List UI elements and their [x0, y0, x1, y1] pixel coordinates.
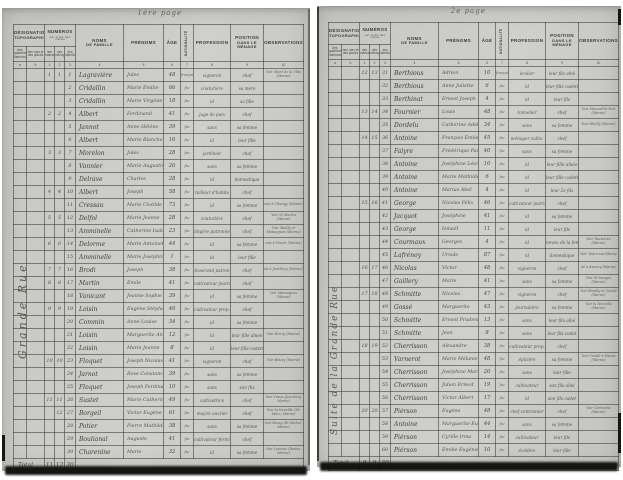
cell-observations: Voir Mailly et Matougues (Marne) — [264, 225, 304, 238]
col-header-profession: PROFESSION — [509, 23, 546, 60]
cell-age: 10 — [164, 381, 181, 394]
cell-numero-maison — [360, 158, 370, 171]
cell-numero-maison: 13 — [360, 106, 370, 119]
cell-position-menage: son fils — [231, 381, 264, 394]
cell-position-menage: leur fille — [231, 251, 264, 264]
cell-prenoms: Auguste — [124, 433, 164, 446]
cell-nationalite: fse — [181, 173, 194, 186]
cell-numero-individu: 11 — [65, 199, 76, 212]
cell-numero-menage: 1 — [55, 69, 65, 82]
cell-profession: id — [194, 134, 231, 147]
cell-numero-maison: 14 — [360, 132, 370, 145]
cell-position-menage: leur fille cadette — [231, 342, 264, 355]
cell-profession: tisserand patron — [194, 264, 231, 277]
cell-age: 41 — [164, 355, 181, 368]
cell-numero-menage — [370, 275, 380, 288]
cell-nom-de-famille: Cridallin — [76, 82, 124, 95]
cell-position-menage: sa femme — [231, 446, 264, 459]
cell-profession: id — [509, 223, 546, 236]
cell-numero-individu: 37 — [380, 145, 391, 158]
cell-rue — [342, 119, 360, 132]
cell-nationalite: fse — [496, 353, 509, 366]
cell-numero-menage — [370, 314, 380, 327]
cell-age: 34 — [479, 119, 496, 132]
cell-age: 47 — [479, 288, 496, 301]
cell-position-menage: chef — [231, 108, 264, 121]
cell-nom-de-famille: Charenine — [76, 446, 124, 459]
cell-nom-de-famille: Cherrisson — [391, 392, 439, 405]
cell-observations: née à Changy (Marne) — [264, 199, 304, 212]
cell-numero-maison: 11 — [45, 394, 55, 407]
cell-rue — [27, 121, 45, 134]
cell-quartier — [14, 394, 27, 407]
cell-age: 18 — [164, 95, 181, 108]
column-numbers-row: ab 12 34 56 78 910 — [329, 60, 619, 67]
cell-nationalite: fse — [496, 80, 509, 93]
cell-age: 48 — [479, 106, 496, 119]
cell-position-menage: chef — [231, 225, 264, 238]
cell-numero-maison — [360, 392, 370, 405]
cell-numero-menage: 5 — [55, 212, 65, 225]
subcol-individus: des individus — [65, 47, 76, 62]
subcol-menages: des ménages — [55, 47, 65, 62]
cell-prenoms: Ismaël — [439, 223, 479, 236]
cell-profession: sans — [509, 314, 546, 327]
census-table-sheet: DÉSIGNATIONTOPOGRAPHIQUE NUMÉROSpar ordr… — [13, 24, 303, 473]
cell-observations — [264, 433, 304, 446]
census-row: 37 Falyre Frédérique Pauline 40 fse sans… — [329, 145, 619, 158]
cell-numero-maison: 15 — [360, 197, 370, 210]
cell-numero-maison — [45, 316, 55, 329]
cell-numero-individu: 38 — [380, 158, 391, 171]
census-row: 21 Loisin Marguerite Anne 12 fse id leur… — [14, 329, 304, 342]
cell-nationalite: fse — [496, 93, 509, 106]
cell-observations: Voir Tours-sur-Marne — [579, 249, 619, 262]
cell-prenoms: Ernest Prudent — [439, 314, 479, 327]
census-row: 45 Lafrénoy Ursule 87 fse id domestique … — [329, 249, 619, 262]
cell-nationalite: fse — [496, 288, 509, 301]
census-row: 54 Cherrisson Joséphine Marie 20 fse san… — [329, 366, 619, 379]
cell-prenoms: Joseph Ferdinand Jean — [124, 381, 164, 394]
cell-observations: Voir Bouzy (Marne) — [264, 355, 304, 368]
cell-position-menage: sa femme — [231, 368, 264, 381]
cell-observations: Voir St-Martin (Marne) — [264, 212, 304, 225]
cell-age: 44 — [164, 238, 181, 251]
cell-position-menage: sa femme — [231, 316, 264, 329]
cell-age: 1 — [164, 251, 181, 264]
cell-age: 23 — [164, 225, 181, 238]
cell-nationalite: fse — [496, 106, 509, 119]
cell-profession: cultivateur prop. — [194, 303, 231, 316]
cell-quartier — [329, 106, 342, 119]
cell-nom-de-famille: Antoine — [391, 171, 439, 184]
cell-rue — [27, 186, 45, 199]
cell-prenoms: Cyrille Irma — [439, 431, 479, 444]
cell-profession: id — [194, 329, 231, 342]
cell-nationalite: fse — [181, 82, 194, 95]
census-rows-page-2: 12 13 31 Berthious Adrien 10 française é… — [329, 67, 619, 457]
census-row: 15 Amminelle Marie Joséphine 1 fse id le… — [14, 251, 304, 264]
cell-nom-de-famille: Antoine — [391, 158, 439, 171]
census-row: 11 Cressau Marie Clotilde 73 fse id sa f… — [14, 199, 304, 212]
cell-numero-maison — [360, 327, 370, 340]
cell-numero-menage: 20 — [370, 405, 380, 418]
cell-rue — [342, 158, 360, 171]
table-header: DÉSIGNATIONTOPOGRAPHIQUE NUMÉROSpar ordr… — [329, 23, 619, 67]
cell-age: 4 — [479, 236, 496, 249]
cell-rue — [27, 277, 45, 290]
cell-rue — [27, 368, 45, 381]
cell-nationalite: fse — [181, 134, 194, 147]
census-row: 22 Loisin Marie Jeanne 8 fse id leur fil… — [14, 342, 304, 355]
cell-age: 8 — [164, 342, 181, 355]
cell-prenoms: Marie Jeanne — [124, 342, 164, 355]
cell-age: 19 — [479, 379, 496, 392]
cell-nom-de-famille: Jannot — [76, 121, 124, 134]
cell-observations — [264, 173, 304, 186]
cell-prenoms: Adrien — [439, 67, 479, 80]
cell-rue — [342, 353, 360, 366]
cell-numero-maison — [45, 329, 55, 342]
cell-numero-individu: 15 — [65, 251, 76, 264]
census-row: 49 Gossé Marguerite 43 fse journalière s… — [329, 301, 619, 314]
census-row: 18 19 52 Cherrisson Alexandre 38 fse cul… — [329, 340, 619, 353]
cell-numero-maison — [360, 301, 370, 314]
cell-position-menage: leur fils aîné — [546, 67, 579, 80]
cell-rue — [342, 106, 360, 119]
cell-rue — [27, 134, 45, 147]
cell-nationalite: fse — [181, 368, 194, 381]
cell-numero-maison: 6 — [45, 238, 55, 251]
cell-numero-individu: 47 — [380, 275, 391, 288]
cell-numero-individu: 30 — [65, 446, 76, 459]
census-row: 13 Amminelle Catherine Isabelle 23 fse l… — [14, 225, 304, 238]
cell-nationalite: fse — [181, 147, 194, 160]
cell-numero-individu: 51 — [380, 327, 391, 340]
cell-nom-de-famille: Gaillery — [391, 275, 439, 288]
census-row: 3 Cridallin Marie Virginie 18 fse id sa … — [14, 95, 304, 108]
cell-nom-de-famille: Piérson — [391, 431, 439, 444]
cell-observations — [264, 121, 304, 134]
cell-numero-individu: 16 — [65, 264, 76, 277]
cell-nom-de-famille: Boulianal — [76, 433, 124, 446]
cell-nationalite: fse — [496, 275, 509, 288]
cell-rue — [342, 418, 360, 431]
cell-quartier — [329, 444, 342, 457]
cell-position-menage: leur fille cadette — [546, 80, 579, 93]
cell-numero-menage: 18 — [370, 288, 380, 301]
cell-numero-menage — [370, 80, 380, 93]
cell-nationalite: fse — [496, 236, 509, 249]
cell-rue — [27, 82, 45, 95]
cell-nationalite: fse — [181, 251, 194, 264]
census-row: 11 11 26 Sustet Marie Catherine 49 fse c… — [14, 394, 304, 407]
cell-prenoms: Nicolas Félix — [439, 197, 479, 210]
cell-profession: sans — [509, 366, 546, 379]
cell-nationalite: fse — [496, 366, 509, 379]
cell-numero-menage — [55, 368, 65, 381]
cell-profession: cultivateur journ. — [509, 197, 546, 210]
subcol-maisons: des maisons — [360, 45, 370, 60]
cell-profession: id — [509, 80, 546, 93]
cell-numero-maison — [45, 381, 55, 394]
cell-numero-menage — [55, 121, 65, 134]
cell-numero-menage — [370, 93, 380, 106]
cell-numero-menage — [55, 160, 65, 173]
cell-numero-menage — [370, 210, 380, 223]
census-row: 58 Antoine Marguerite Eugénie 44 fse san… — [329, 418, 619, 431]
cell-nationalite: fse — [181, 264, 194, 277]
cell-nationalite: fse — [496, 223, 509, 236]
census-row: 2 2 4 Albert Ferdinand 41 fse juge de pa… — [14, 108, 304, 121]
cell-rue — [27, 407, 45, 420]
cell-profession: jardinier — [194, 147, 231, 160]
cell-nationalite: française — [181, 69, 194, 82]
cell-nationalite: française — [496, 67, 509, 80]
cell-numero-individu: 58 — [380, 418, 391, 431]
census-row: 6 6 14 Delorme Marie Antoinette 44 fse i… — [14, 238, 304, 251]
census-row: 47 Gaillery Marie 41 fse sans sa femme V… — [329, 275, 619, 288]
col-header-noms: NOMSDE FAMILLE — [391, 23, 439, 60]
cell-numero-menage: 2 — [55, 108, 65, 121]
cell-observations — [579, 184, 619, 197]
cell-profession: lingère patronne — [194, 225, 231, 238]
cell-numero-menage — [370, 301, 380, 314]
cell-quartier — [14, 108, 27, 121]
cell-nationalite: fse — [496, 210, 509, 223]
cell-position-menage: chef — [546, 106, 579, 119]
cell-prenoms: François Émile — [439, 132, 479, 145]
cell-observations: Voir Condé-s-Marne (Marne) — [579, 353, 619, 366]
census-row: 1 1 1 Lagravière Jules 48 française vign… — [14, 69, 304, 82]
cell-profession: id — [194, 95, 231, 108]
cell-position-menage: sa femme — [546, 353, 579, 366]
cell-position-menage: leur fils aîné — [546, 314, 579, 327]
cell-age: 38 — [479, 340, 496, 353]
census-row: 12 13 31 Berthious Adrien 10 française é… — [329, 67, 619, 80]
cell-profession: couturière — [194, 212, 231, 225]
cell-numero-individu: 35 — [380, 119, 391, 132]
cell-numero-maison — [45, 121, 55, 134]
cell-prenoms: Victor Eugène — [124, 407, 164, 420]
cell-nationalite: fse — [496, 249, 509, 262]
cell-numero-individu: 2 — [65, 82, 76, 95]
cell-rue — [342, 275, 360, 288]
cell-nom-de-famille: Vanicant — [76, 290, 124, 303]
census-table-sheet: DÉSIGNATIONTOPOGRAPHIQUE NUMÉROSpar ordr… — [328, 22, 618, 471]
cell-rue — [342, 171, 360, 184]
cell-nom-de-famille: Albert — [76, 186, 124, 199]
cell-prenoms: Jules — [124, 147, 164, 160]
col-header-age: ÂGE — [164, 25, 181, 62]
cell-numero-menage — [55, 420, 65, 433]
subcol-maisons: des maisons — [45, 47, 55, 62]
cell-age: 38 — [164, 264, 181, 277]
cell-prenoms: Marie Virginie — [124, 95, 164, 108]
cell-rue — [27, 264, 45, 277]
cell-numero-maison — [45, 446, 55, 459]
cell-age: 26 — [164, 160, 181, 173]
cell-profession: sans — [194, 420, 231, 433]
cell-age: 4 — [479, 93, 496, 106]
cell-nom-de-famille: Jacquot — [391, 210, 439, 223]
cell-numero-individu: 7 — [65, 147, 76, 160]
cell-observations — [579, 67, 619, 80]
cell-prenoms: Jules — [124, 69, 164, 82]
cell-prenoms: Marie Jeanne — [124, 212, 164, 225]
cell-prenoms: Louis — [439, 106, 479, 119]
cell-observations: Voir Bouilly et Condé (Marne) — [579, 288, 619, 301]
cell-numero-maison — [45, 420, 55, 433]
cell-profession: id — [194, 173, 231, 186]
cell-observations — [579, 93, 619, 106]
cell-rue — [342, 210, 360, 223]
cell-numero-individu: 31 — [380, 67, 391, 80]
cell-observations: Voir Écury (Marne) — [264, 329, 304, 342]
cell-prenoms: Frédérique Pauline — [439, 145, 479, 158]
cell-age: 12 — [164, 329, 181, 342]
cell-profession: id — [194, 446, 231, 459]
cell-numero-menage — [55, 82, 65, 95]
cell-profession: couturière — [194, 82, 231, 95]
cell-prenoms: Catherine Adèle — [439, 119, 479, 132]
cell-numero-maison — [45, 342, 55, 355]
cell-quartier — [329, 80, 342, 93]
cell-numero-individu: 19 — [65, 303, 76, 316]
cell-rue — [27, 108, 45, 121]
cell-nom-de-famille: Martin — [76, 277, 124, 290]
cell-profession: sans — [194, 121, 231, 134]
cell-nationalite: fse — [496, 379, 509, 392]
cell-nationalite: fse — [496, 262, 509, 275]
census-page-2: 2e page Suite de la Grande Rue DÉSIGNATI… — [317, 6, 621, 467]
cell-observations: Voir Bussy (St-Michel, Marne) — [264, 420, 304, 433]
cell-numero-individu: 40 — [380, 184, 391, 197]
census-row: 42 Jacquot Joséphine 41 fse id sa femme — [329, 210, 619, 223]
cell-nationalite: fse — [496, 314, 509, 327]
cell-numero-maison — [360, 353, 370, 366]
cell-position-menage: chef — [231, 394, 264, 407]
cell-numero-individu: 48 — [380, 288, 391, 301]
cell-rue — [342, 327, 360, 340]
cell-observations — [579, 158, 619, 171]
cell-position-menage: son fils cadet — [546, 392, 579, 405]
cell-numero-individu: 36 — [380, 132, 391, 145]
cell-numero-menage — [55, 199, 65, 212]
col-header-prenoms: PRÉNOMS — [439, 23, 479, 60]
cell-numero-menage: 6 — [55, 238, 65, 251]
cell-observations — [264, 82, 304, 95]
cell-observations — [579, 431, 619, 444]
census-page-1: 1ère page Grande Rue DÉSIGNATIONTOPOGRAP… — [2, 8, 310, 471]
cell-rue — [342, 236, 360, 249]
cell-numero-individu: 14 — [65, 238, 76, 251]
cell-nom-de-famille: Delorme — [76, 238, 124, 251]
cell-prenoms: Ferdinand — [124, 108, 164, 121]
cell-numero-menage — [55, 173, 65, 186]
cell-position-menage: sa fille — [231, 95, 264, 108]
cell-observations — [264, 108, 304, 121]
cell-nom-de-famille: Schmitte — [391, 327, 439, 340]
census-row: 59 Piérson Cyrille Irma 14 fse cultivate… — [329, 431, 619, 444]
cell-observations — [264, 277, 304, 290]
cell-profession: id — [509, 171, 546, 184]
cell-age: 66 — [164, 82, 181, 95]
cell-numero-menage: 9 — [55, 303, 65, 316]
cell-observations: Voir la Neuville (St-Marc, Marne) — [264, 407, 304, 420]
cell-prenoms: Marie Mélanie — [439, 353, 479, 366]
subcol-quartiers: des quartiers, hameaux — [329, 45, 342, 60]
cell-position-menage: chef — [546, 288, 579, 301]
cell-numero-maison — [45, 290, 55, 303]
cell-prenoms: Eugène Stéphane — [124, 303, 164, 316]
cell-nationalite: fse — [496, 327, 509, 340]
cell-nationalite: fse — [181, 407, 194, 420]
cell-prenoms: Marie Antoinette — [124, 238, 164, 251]
census-row: 12 27 Borgeil Victor Eugène 61 fse maçon… — [14, 407, 304, 420]
cell-numero-individu: 45 — [380, 249, 391, 262]
cell-prenoms: Joséphine Marie — [439, 366, 479, 379]
cell-prenoms: Anne Hélène — [124, 121, 164, 134]
scan-artifact — [618, 9, 621, 25]
scanned-census-document: { "colors":{"background":"#ffffff","pape… — [0, 0, 623, 480]
cell-quartier — [14, 420, 27, 433]
cell-position-menage: sa femme — [546, 275, 579, 288]
cell-numero-maison — [45, 95, 55, 108]
cell-profession: vigneron — [509, 288, 546, 301]
cell-rue — [27, 160, 45, 173]
cell-position-menage: chef — [231, 147, 264, 160]
cell-numero-menage: 19 — [370, 340, 380, 353]
cell-profession: sans — [509, 418, 546, 431]
cell-age: 6 — [479, 171, 496, 184]
cell-numero-individu: 3 — [65, 95, 76, 108]
cell-numero-maison — [360, 418, 370, 431]
cell-rue — [342, 431, 360, 444]
cell-numero-maison — [360, 210, 370, 223]
cell-observations — [264, 342, 304, 355]
cell-prenoms: Marius Abel — [439, 184, 479, 197]
cell-profession: id — [509, 184, 546, 197]
cell-position-menage: son fils aîné — [546, 379, 579, 392]
cell-numero-menage — [370, 236, 380, 249]
cell-observations — [264, 95, 304, 108]
cell-rue — [342, 145, 360, 158]
census-row: 7 7 16 Brodi Joseph 38 fse tisserand pat… — [14, 264, 304, 277]
cell-numero-individu: 39 — [380, 171, 391, 184]
census-row: 2 Cridallin Marie Émilie 66 fse couturiè… — [14, 82, 304, 95]
cell-position-menage: chef — [231, 186, 264, 199]
cell-age: 41 — [164, 277, 181, 290]
cell-observations — [579, 223, 619, 236]
scan-artifact — [2, 435, 5, 461]
cell-nationalite: fse — [181, 316, 194, 329]
cell-prenoms: Anne Louise — [124, 316, 164, 329]
cell-nationalite: fse — [181, 303, 194, 316]
census-row: 10 10 23 Floquet Joseph Nicolas 41 fse v… — [14, 355, 304, 368]
cell-age: 41 — [479, 275, 496, 288]
cell-rue — [342, 340, 360, 353]
cell-age: 48 — [479, 353, 496, 366]
cell-numero-maison: 17 — [360, 288, 370, 301]
cell-rue — [27, 303, 45, 316]
cell-position-menage: leur fils cadet — [546, 327, 579, 340]
cell-observations — [579, 379, 619, 392]
subcol-quartiers: des quartiers, hameaux — [14, 47, 27, 62]
cell-nom-de-famille: Potier — [76, 420, 124, 433]
census-row: 13 14 34 Fournier Louis 48 fse tonnelier… — [329, 106, 619, 119]
cell-numero-menage — [370, 392, 380, 405]
